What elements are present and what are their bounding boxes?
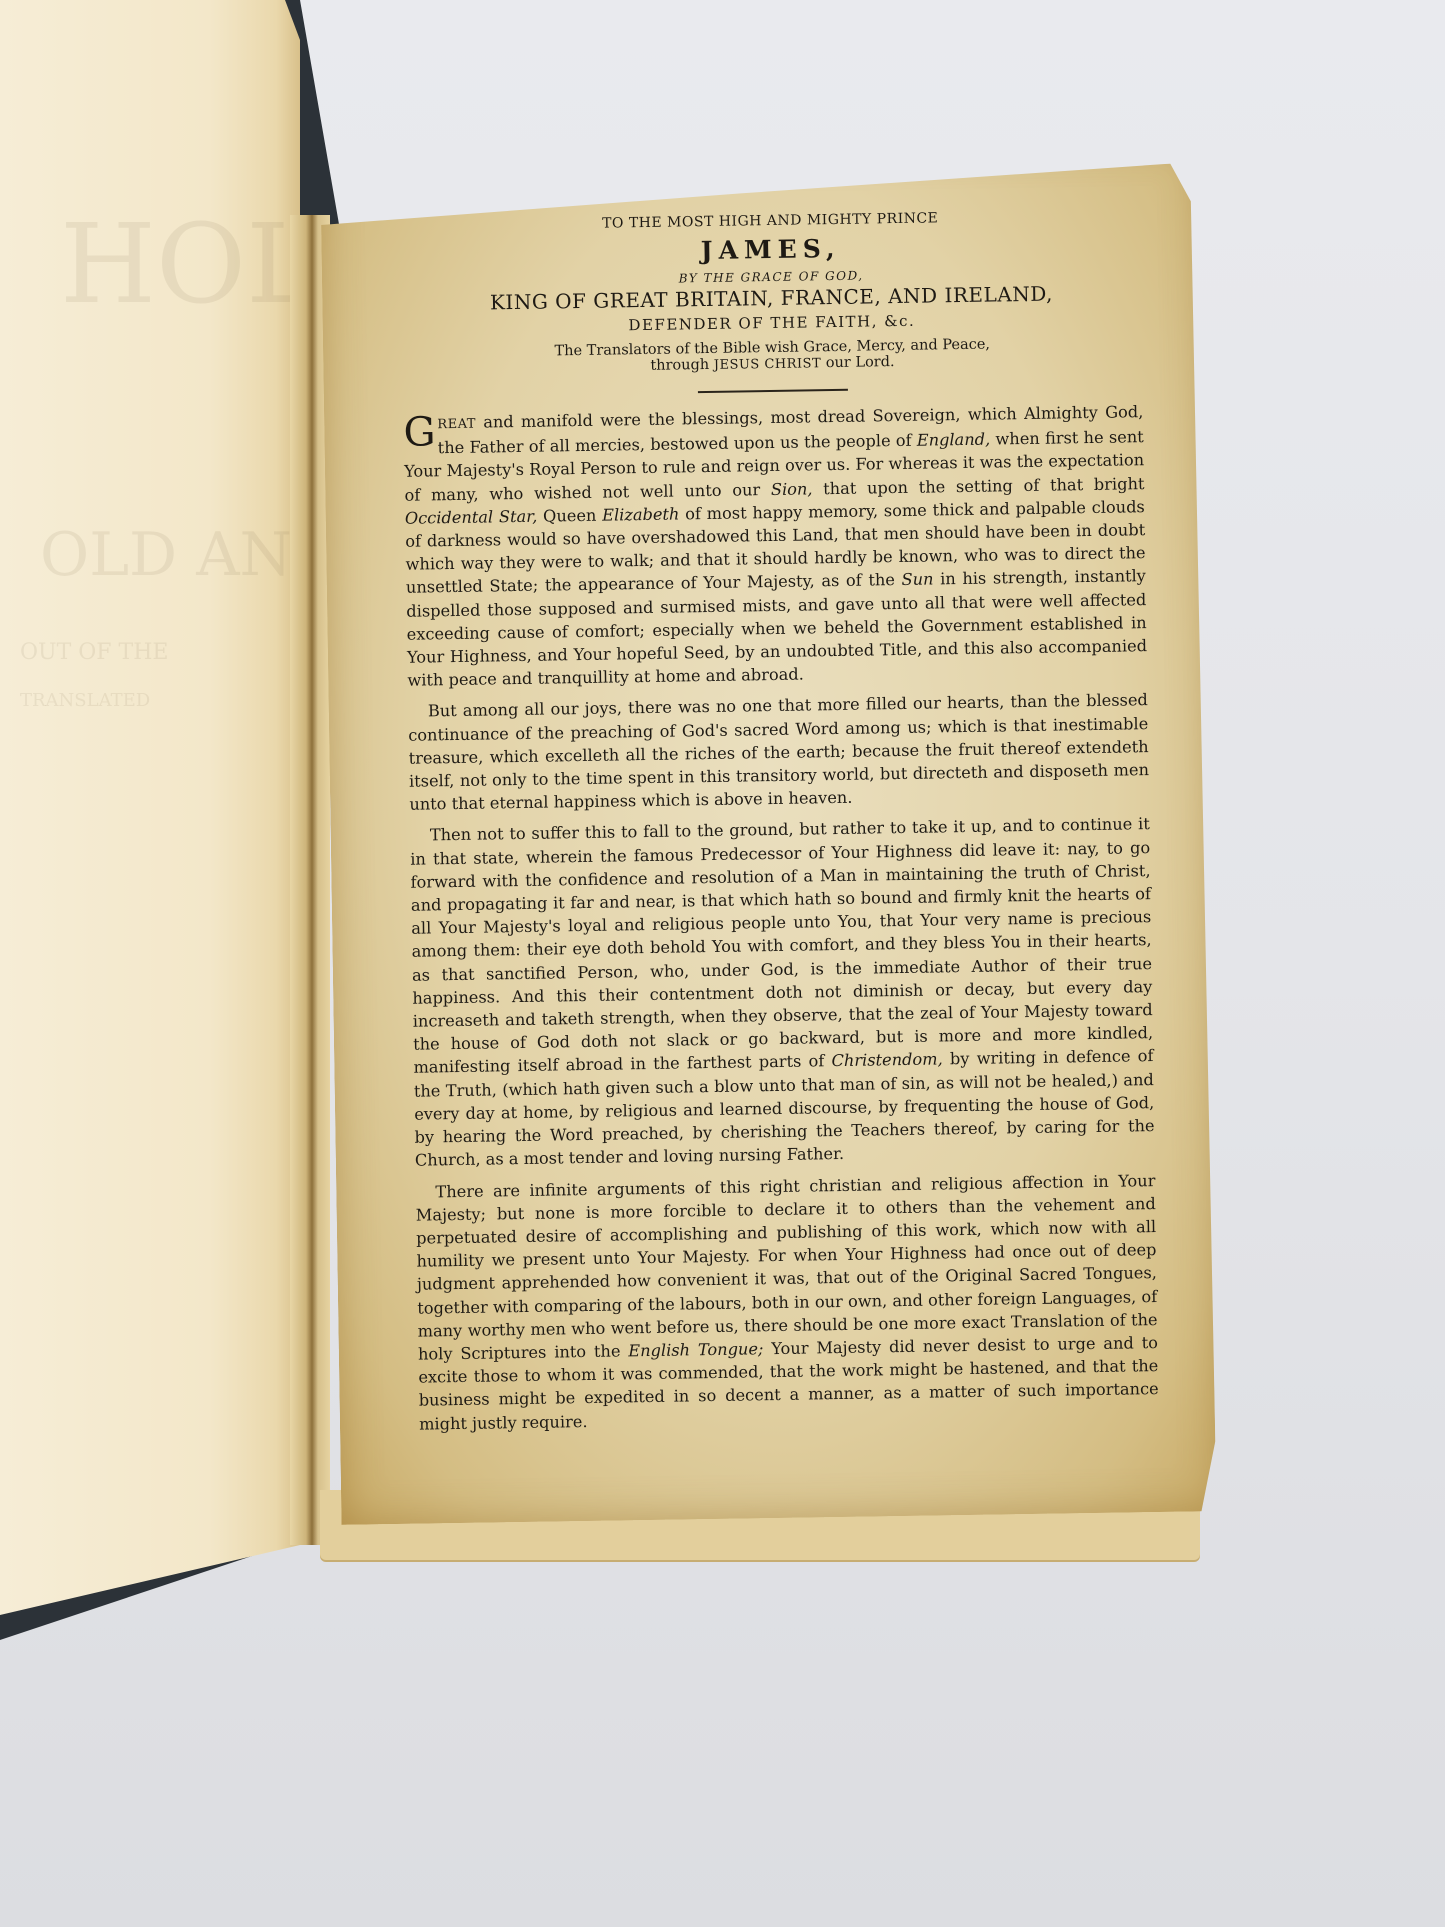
divider-rule: [698, 389, 848, 393]
drop-cap: G: [403, 413, 438, 452]
book-gutter: [290, 215, 330, 1545]
paragraph-2: But among all our joys, there was no one…: [408, 689, 1150, 817]
left-blank-leaf: HOL OLD AND OUT OF THE TRANSLATED: [0, 0, 300, 1620]
show-through-text: TRANSLATED: [20, 690, 150, 711]
show-through-text: HOL: [60, 200, 319, 328]
dedication-name: JAMES,: [401, 229, 1141, 270]
book-photo: HOL OLD AND OUT OF THE TRANSLATED TO THE…: [0, 0, 1445, 1927]
translators-greeting: The Translators of the Bible wish Grace,…: [402, 334, 1142, 378]
paragraph-4: There are infinite arguments of this rig…: [415, 1169, 1159, 1436]
paragraph-1: GREAT and manifold were the blessings, m…: [403, 400, 1147, 692]
paragraph-3: Then not to suffer this to fall to the g…: [410, 813, 1155, 1173]
dedication-text: TO THE MOST HIGH AND MIGHTY PRINCE JAMES…: [400, 199, 1159, 1443]
show-through-text: OUT OF THE: [20, 640, 168, 665]
